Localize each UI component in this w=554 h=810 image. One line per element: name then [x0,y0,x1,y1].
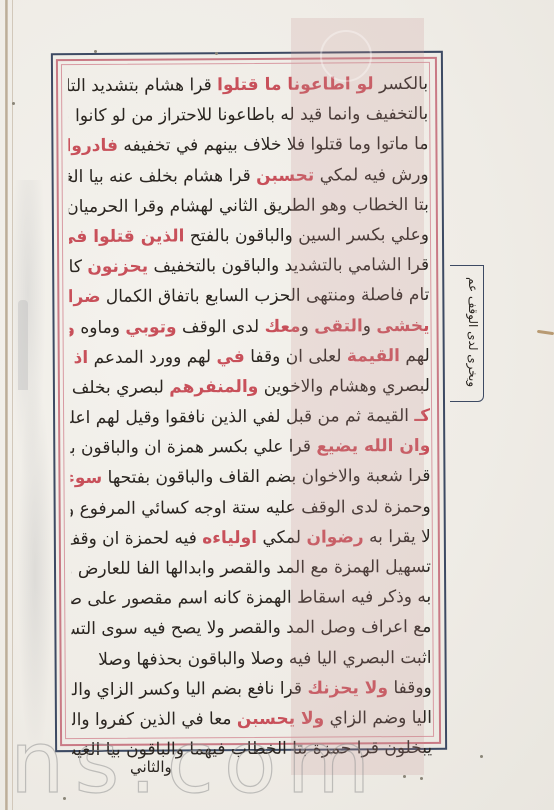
body-text: لبصري بخلف عن الدوري [70,377,170,398]
paper-speck [12,102,15,105]
paper-speck [215,52,218,55]
paper-speck [63,797,66,800]
watermark-logo-icon [320,30,372,82]
rubric-text: وتوبي [125,317,176,337]
rubric-text: سوء [70,468,102,488]
margin-note: ويخرى لدى الوقف عم [452,270,480,395]
paper-speck [480,755,483,758]
rubric-text: يحزنون [87,257,148,277]
watermark-overlay-band [291,18,424,775]
body-text: كاف وقيل [69,257,87,277]
body-text: لهم وورد المدعم [88,347,216,368]
rubric-text: فادروا [68,136,118,156]
watermark-text: ns.com [10,720,380,806]
paper-stain [537,330,554,335]
paper-speck [94,50,97,53]
rubric-text: ضرامم [69,287,100,307]
body-text: قرا هشام بتشديد التا والباقون [68,75,217,96]
body-text: فيه لحمزة ان وقف وجهان [71,528,203,549]
rubric-text: اولياءه [202,528,257,548]
body-text: قرا هشام بخلف عنه بيا الغيب والباقون [69,166,257,188]
body-text: لدى الوقف [177,316,265,337]
rubric-text: في [216,347,244,367]
paper-speck [403,775,406,778]
body-text: وماوه [75,317,126,337]
manuscript-page: بالكسر لو اطاعونا ما قتلوا قرا هشام بتشد… [0,0,554,810]
rubric-text: الذين قتلوا في سبيل الله [69,226,185,247]
body-text: قرا نافع بضم اليا وكسر الزاي والباقون بف… [72,678,308,700]
rubric-text: والمنفرهم [169,377,258,398]
rubric-text: اذ تسعدون [70,348,89,369]
paper-speck [420,777,423,780]
body-text: قرا علي بكسر همزة ان والباقون بفتحها [70,437,316,459]
minaret-watermark-icon [18,300,28,390]
